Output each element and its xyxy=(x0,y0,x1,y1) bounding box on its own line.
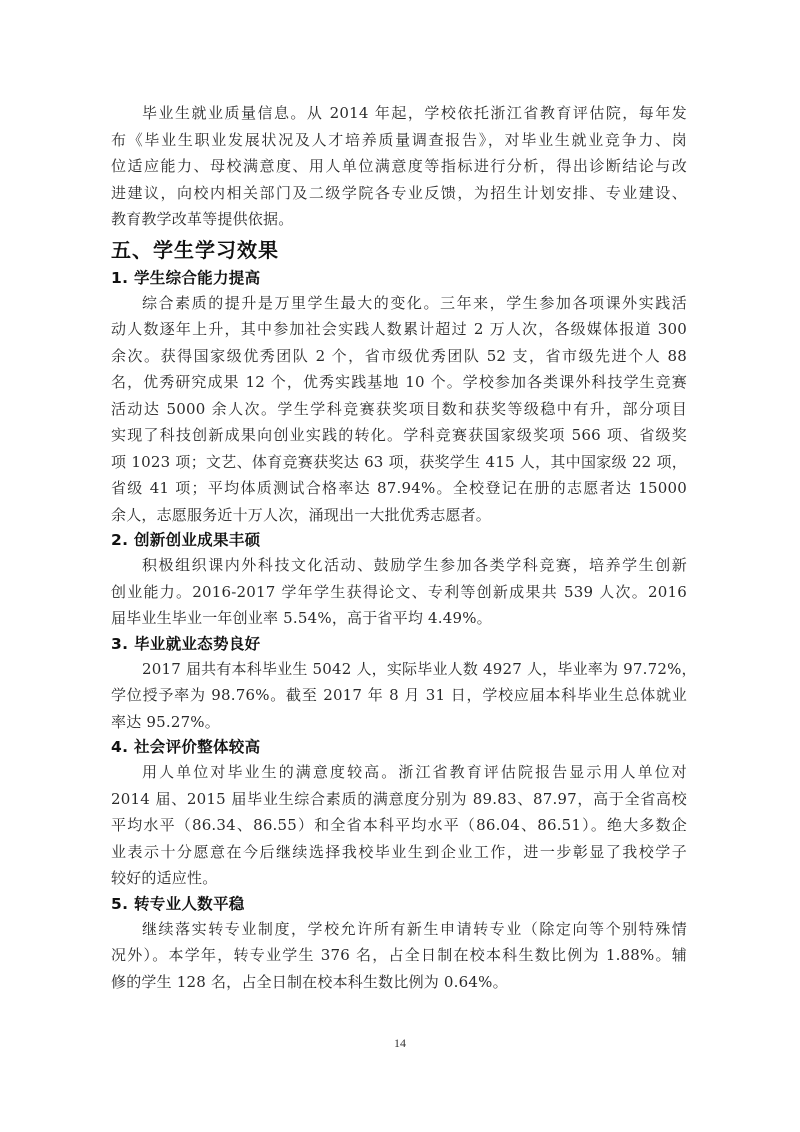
paragraph-line: 平均水平（86.34、86.55）和全省本科平均水平（86.04、86.51）。… xyxy=(111,812,687,839)
paragraph-line: 活动达 5000 余人次。学生学科竞赛获奖项目数和获奖等级稳中有升，部分项目 xyxy=(111,396,687,423)
paragraph-line: 届毕业生毕业一年创业率 5.54%，高于省平均 4.49%。 xyxy=(111,605,687,632)
paragraph-line: 教育教学改革等提供依据。 xyxy=(111,206,687,233)
paragraph-line: 项 1023 项；文艺、体育竞赛获奖达 63 项，获奖学生 415 人，其中国家… xyxy=(111,449,687,476)
subsection-heading: 5. 转专业人数平稳 xyxy=(111,892,687,916)
paragraph-line: 2017 届共有本科毕业生 5042 人，实际毕业人数 4927 人，毕业率为 … xyxy=(111,656,687,683)
intro-paragraph: 毕业生就业质量信息。从 2014 年起，学校依托浙江省教育评估院，每年发 布《毕… xyxy=(111,100,687,233)
paragraph-line: 余人，志愿服务近十万人次，涌现出一大批优秀志愿者。 xyxy=(111,502,687,529)
paragraph-line: 进建议，向校内相关部门及二级学院各专业反馈，为招生计划安排、专业建设、 xyxy=(111,180,687,207)
paragraph-line: 2014 届、2015 届毕业生综合素质的满意度分别为 89.83、87.97，… xyxy=(111,786,687,813)
paragraph-line: 余次。获得国家级优秀团队 2 个，省市级优秀团队 52 支，省市级先进个人 88 xyxy=(111,343,687,370)
paragraph-line: 毕业生就业质量信息。从 2014 年起，学校依托浙江省教育评估院，每年发 xyxy=(111,100,687,127)
paragraph-line: 布《毕业生职业发展状况及人才培养质量调查报告》，对毕业生就业竞争力、岗 xyxy=(111,127,687,154)
paragraph-line: 名，优秀研究成果 12 个，优秀实践基地 10 个。学校参加各类课外科技学生竞赛 xyxy=(111,369,687,396)
subsection-5: 5. 转专业人数平稳 继续落实转专业制度，学校允许所有新生申请转专业（除定向等个… xyxy=(111,892,687,996)
subsection-heading: 4. 社会评价整体较高 xyxy=(111,735,687,759)
subsection-heading: 3. 毕业就业态势良好 xyxy=(111,632,687,656)
page-number: 14 xyxy=(0,1036,800,1051)
paragraph-line: 动人数逐年上升，其中参加社会实践人数累计超过 2 万人次，各级媒体报道 300 xyxy=(111,316,687,343)
paragraph-line: 位适应能力、母校满意度、用人单位满意度等指标进行分析，得出诊断结论与改 xyxy=(111,153,687,180)
paragraph-line: 创业能力。2016-2017 学年学生获得论文、专利等创新成果共 539 人次。… xyxy=(111,579,687,606)
paragraph-line: 用人单位对毕业生的满意度较高。浙江省教育评估院报告显示用人单位对 xyxy=(111,759,687,786)
paragraph-line: 学位授予率为 98.76%。截至 2017 年 8 月 31 日，学校应届本科毕… xyxy=(111,682,687,709)
paragraph-line: 率达 95.27%。 xyxy=(111,709,687,736)
subsection-3: 3. 毕业就业态势良好 2017 届共有本科毕业生 5042 人，实际毕业人数 … xyxy=(111,632,687,736)
paragraph-line: 况外）。本学年，转专业学生 376 名，占全日制在校本科生数比例为 1.88%。… xyxy=(111,942,687,969)
subsection-4: 4. 社会评价整体较高 用人单位对毕业生的满意度较高。浙江省教育评估院报告显示用… xyxy=(111,735,687,892)
section-heading: 五、学生学习效果 xyxy=(111,235,687,266)
paragraph-line: 综合素质的提升是万里学生最大的变化。三年来，学生参加各项课外实践活 xyxy=(111,290,687,317)
subsection-heading: 1. 学生综合能力提高 xyxy=(111,266,687,290)
subsection-1: 1. 学生综合能力提高 综合素质的提升是万里学生最大的变化。三年来，学生参加各项… xyxy=(111,266,687,529)
subsection-heading: 2. 创新创业成果丰硕 xyxy=(111,528,687,552)
paragraph-line: 实现了科技创新成果向创业实践的转化。学科竞赛获国家级奖项 566 项、省级奖 xyxy=(111,422,687,449)
paragraph-line: 省级 41 项；平均体质测试合格率达 87.94%。全校登记在册的志愿者达 15… xyxy=(111,475,687,502)
subsection-2: 2. 创新创业成果丰硕 积极组织课内外科技文化活动、鼓励学生参加各类学科竞赛，培… xyxy=(111,528,687,632)
page-content: 毕业生就业质量信息。从 2014 年起，学校依托浙江省教育评估院，每年发 布《毕… xyxy=(111,100,687,995)
paragraph-line: 较好的适应性。 xyxy=(111,865,687,892)
document-page: 毕业生就业质量信息。从 2014 年起，学校依托浙江省教育评估院，每年发 布《毕… xyxy=(0,0,800,1132)
paragraph-line: 业表示十分愿意在今后继续选择我校毕业生到企业工作，进一步彰显了我校学子 xyxy=(111,839,687,866)
paragraph-line: 积极组织课内外科技文化活动、鼓励学生参加各类学科竞赛，培养学生创新 xyxy=(111,552,687,579)
paragraph-line: 修的学生 128 名，占全日制在校本科生数比例为 0.64%。 xyxy=(111,969,687,996)
paragraph-line: 继续落实转专业制度，学校允许所有新生申请转专业（除定向等个别特殊情 xyxy=(111,916,687,943)
